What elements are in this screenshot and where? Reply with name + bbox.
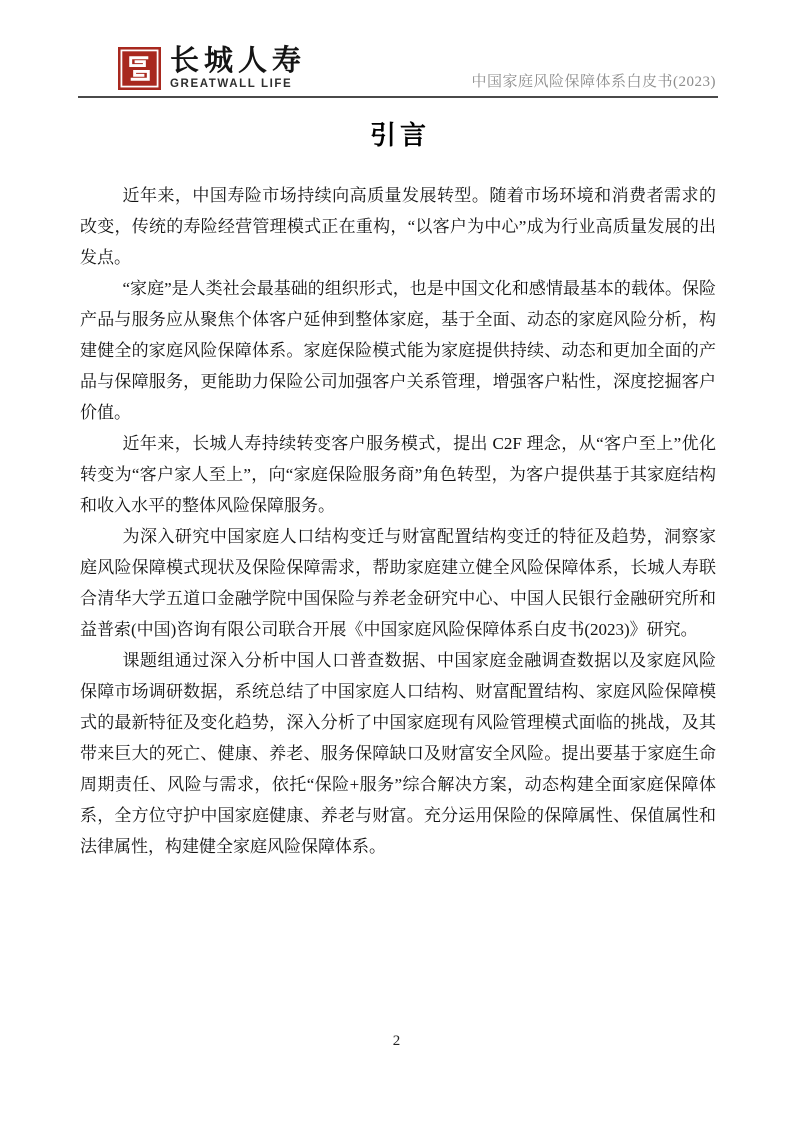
paragraph-2: “家庭”是人类社会最基础的组织形式，也是中国文化和感情最基本的载体。保险产品与服…	[80, 273, 716, 428]
header-divider	[78, 96, 718, 98]
logo-company-name-cn: 长城人寿	[170, 47, 306, 76]
greatwall-seal-icon	[118, 47, 161, 90]
page-header: 长城人寿 GREATWALL LIFE 中国家庭风险保障体系白皮书(2023)	[80, 0, 716, 96]
header-document-title: 中国家庭风险保障体系白皮书(2023)	[472, 70, 717, 91]
company-logo: 长城人寿 GREATWALL LIFE	[118, 47, 306, 91]
paragraph-5: 课题组通过深入分析中国人口普查数据、中国家庭金融调查数据以及家庭风险保障市场调研…	[80, 645, 716, 862]
section-title: 引言	[80, 116, 716, 154]
paragraph-4: 为深入研究中国家庭人口结构变迁与财富配置结构变迁的特征及趋势，洞察家庭风险保障模…	[80, 521, 716, 645]
paragraph-3: 近年来，长城人寿持续转变客户服务模式，提出 C2F 理念，从“客户至上”优化转变…	[80, 428, 716, 521]
document-page: 长城人寿 GREATWALL LIFE 中国家庭风险保障体系白皮书(2023) …	[0, 0, 793, 1122]
logo-company-name-en: GREATWALL LIFE	[170, 79, 306, 91]
logo-wordmark: 长城人寿 GREATWALL LIFE	[170, 47, 306, 91]
page-number: 2	[0, 1033, 793, 1050]
paragraph-1: 近年来，中国寿险市场持续向高质量发展转型。随着市场环境和消费者需求的改变，传统的…	[80, 180, 716, 273]
page-content: 引言 近年来，中国寿险市场持续向高质量发展转型。随着市场环境和消费者需求的改变，…	[80, 116, 716, 862]
